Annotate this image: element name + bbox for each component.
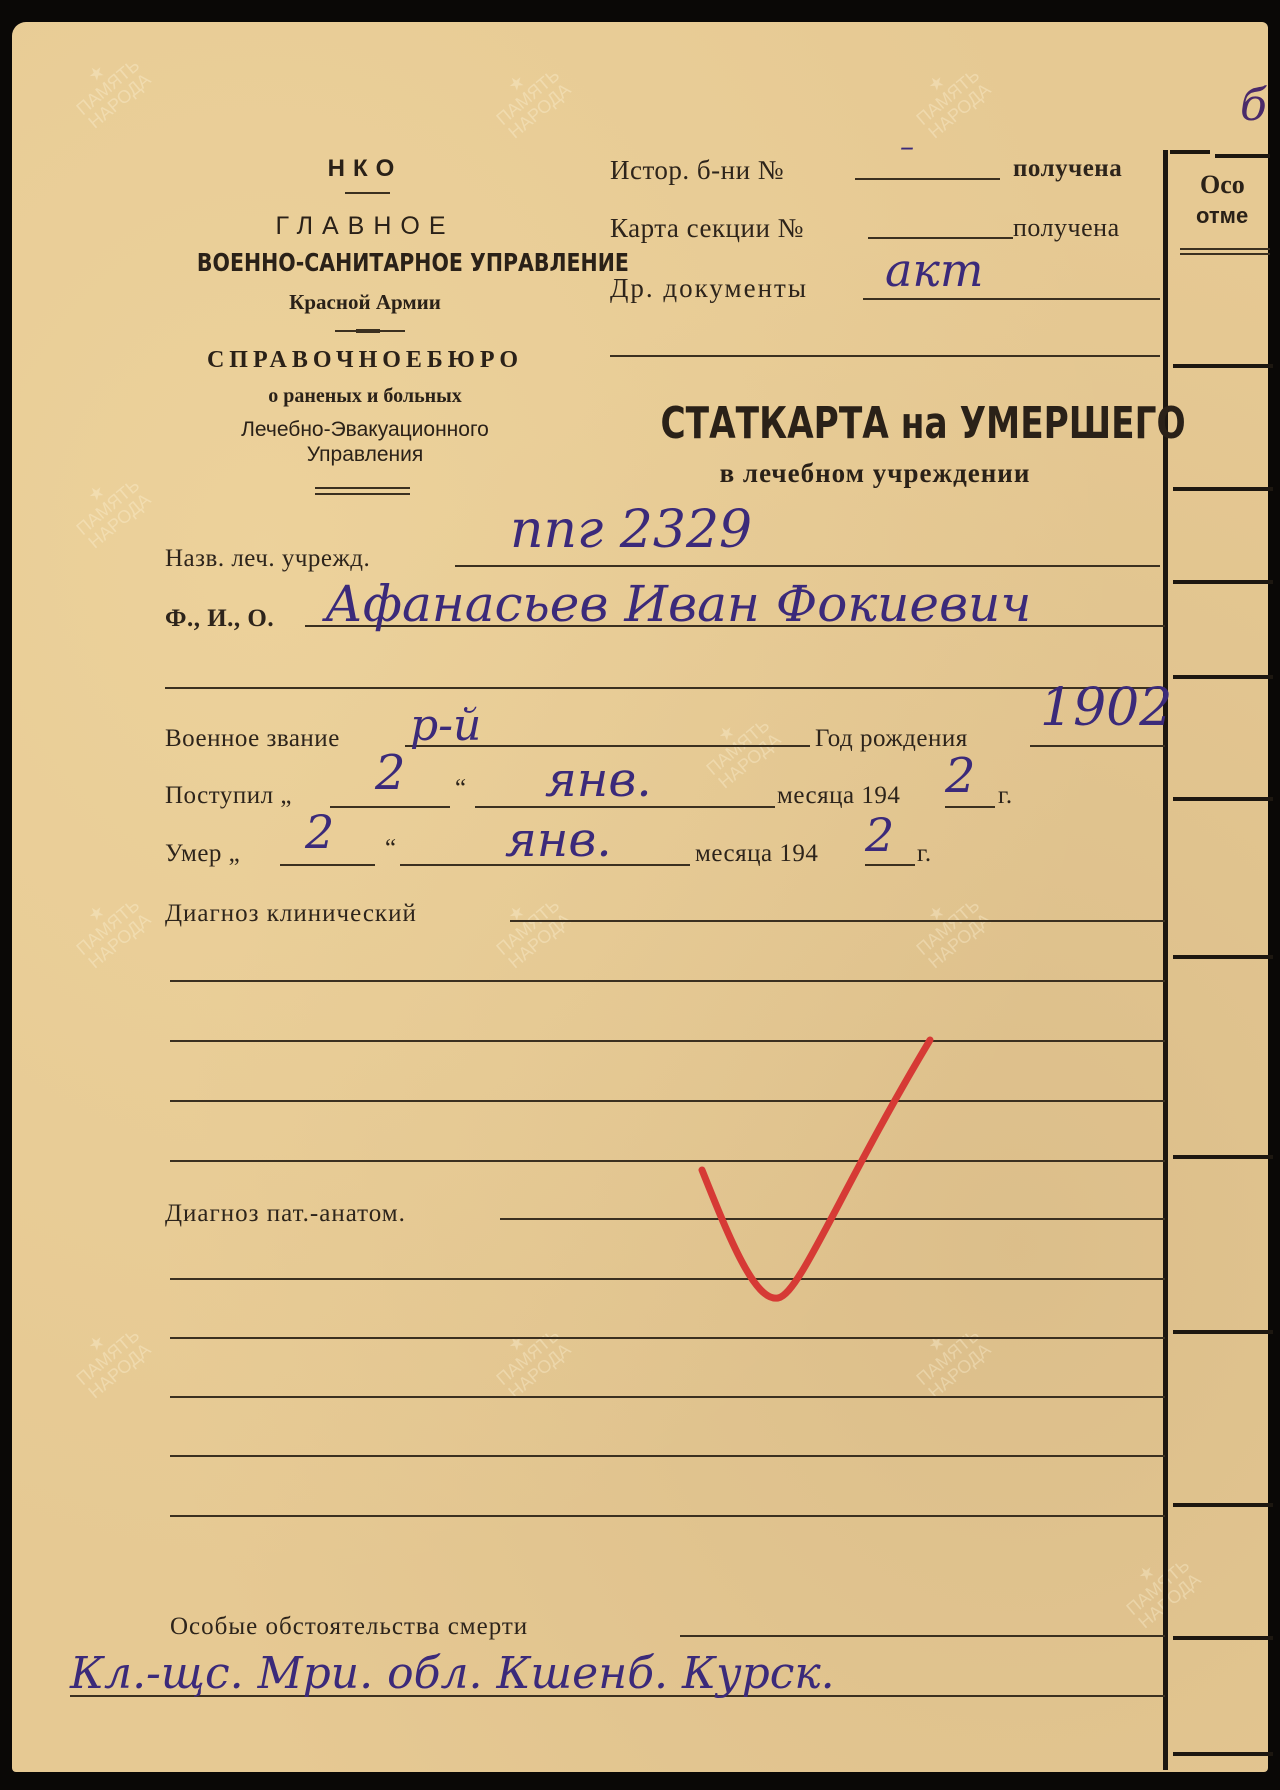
header-evac: Лечебно-Эвакуационного [160, 418, 570, 442]
birth-underline [1030, 745, 1165, 747]
year-suffix: г. [998, 782, 1013, 810]
birth-value: 1902 [1040, 678, 1172, 738]
side-row-rule [1173, 580, 1273, 584]
patanat-line [170, 1337, 1165, 1339]
header-org: НКО [160, 155, 570, 183]
patanat-label: Диагноз пат.-анатом. [165, 1200, 406, 1228]
history-label: Истор. б-ни № [610, 155, 784, 186]
institution-underline [455, 565, 1160, 567]
side-rule [1180, 253, 1270, 255]
header-wounded: о раненых и больных [160, 385, 570, 408]
side-header-1: Осо [1200, 170, 1245, 200]
admitted-day: 2 [375, 745, 406, 801]
institution-value: ппг 2329 [510, 500, 752, 560]
fio-value: Афанасьев Иван Фокиевич [325, 575, 1031, 633]
quote: “ [455, 775, 467, 803]
corner-mark: б [1240, 80, 1267, 131]
section-underline [868, 237, 1013, 239]
clinical-line [170, 1040, 1165, 1042]
header-management: Управления [160, 443, 570, 467]
died-year: 2 [865, 808, 894, 862]
admitted-month: янв. [545, 752, 652, 808]
side-row-rule [1173, 1155, 1273, 1159]
side-rule [1170, 150, 1210, 154]
history-underline [855, 178, 1000, 180]
admitted-label: Поступил „ [165, 782, 292, 810]
rank-value: р-й [410, 700, 481, 751]
side-column-border [1163, 150, 1168, 1770]
header-underline [610, 355, 1160, 357]
admitted-day-underline [330, 806, 450, 808]
year-suffix: г. [917, 840, 932, 868]
clinical-line [170, 1160, 1165, 1162]
side-row-rule [1173, 1330, 1273, 1334]
circumstances-value: Кл.-щс. Мри. обл. Кшенб. Курск. [70, 1648, 835, 1699]
clinical-line [170, 1100, 1165, 1102]
died-month: янв. [505, 812, 612, 868]
patanat-line [170, 1515, 1165, 1517]
patanat-line [170, 1455, 1165, 1457]
side-rule [1215, 154, 1270, 158]
header-line-main: ГЛАВНОЕ [160, 212, 570, 241]
clinical-line [170, 980, 1165, 982]
rank-label: Военное звание [165, 725, 340, 753]
institution-label: Назв. леч. учрежд. [165, 545, 370, 573]
circumstances-label: Особые обстоятельства смерти [170, 1613, 528, 1641]
quote: “ [385, 835, 397, 863]
history-value: – [900, 130, 914, 163]
divider-ornament [356, 329, 380, 333]
side-row-rule [1173, 955, 1273, 959]
side-row-rule [1173, 1636, 1273, 1640]
history-received: получена [1013, 155, 1122, 183]
page-title: СТАТКАРТА на УМЕРШЕГО [661, 398, 1090, 449]
admitted-year: 2 [945, 748, 976, 804]
side-row-rule [1173, 675, 1273, 679]
died-month-label: месяца 194 [695, 840, 818, 868]
header-red-army: Красной Армии [160, 290, 570, 315]
died-day-underline [280, 864, 375, 866]
clinical-line [510, 920, 1165, 922]
side-row-rule [1173, 1752, 1273, 1756]
rule [165, 687, 1165, 689]
admitted-month-label: месяца 194 [777, 782, 900, 810]
check-mark-icon [690, 1020, 950, 1320]
section-received: получена [1013, 213, 1120, 243]
side-row-rule [1173, 1503, 1273, 1507]
header-bureau: СПРАВОЧНОЕБЮРО [160, 347, 570, 374]
other-docs-label: Др. документы [610, 273, 808, 304]
died-label: Умер „ [165, 840, 240, 868]
patanat-line [170, 1396, 1165, 1398]
other-docs-value: акт [885, 243, 984, 297]
fio-label: Ф., И., О. [165, 605, 274, 633]
page-subtitle: в лечебном учреждении [600, 458, 1150, 489]
side-row-rule [1173, 487, 1273, 491]
other-docs-underline [863, 298, 1160, 300]
side-header-2: отме [1196, 203, 1248, 229]
died-day: 2 [305, 805, 334, 859]
divider [315, 493, 410, 495]
divider [345, 192, 390, 194]
clinical-label: Диагноз клинический [165, 900, 417, 928]
side-rule [1180, 248, 1270, 250]
divider [315, 487, 410, 489]
patanat-line [170, 1278, 1165, 1280]
side-row-rule [1173, 364, 1273, 368]
circumstances-line [680, 1635, 1165, 1637]
header-directorate: ВОЕННО-САНИТАРНОЕ УПРАВЛЕНИЕ [197, 248, 533, 277]
admitted-year-underline [945, 806, 995, 808]
side-row-rule [1173, 797, 1273, 801]
section-label: Карта секции № [610, 213, 804, 244]
died-year-underline [865, 864, 915, 866]
